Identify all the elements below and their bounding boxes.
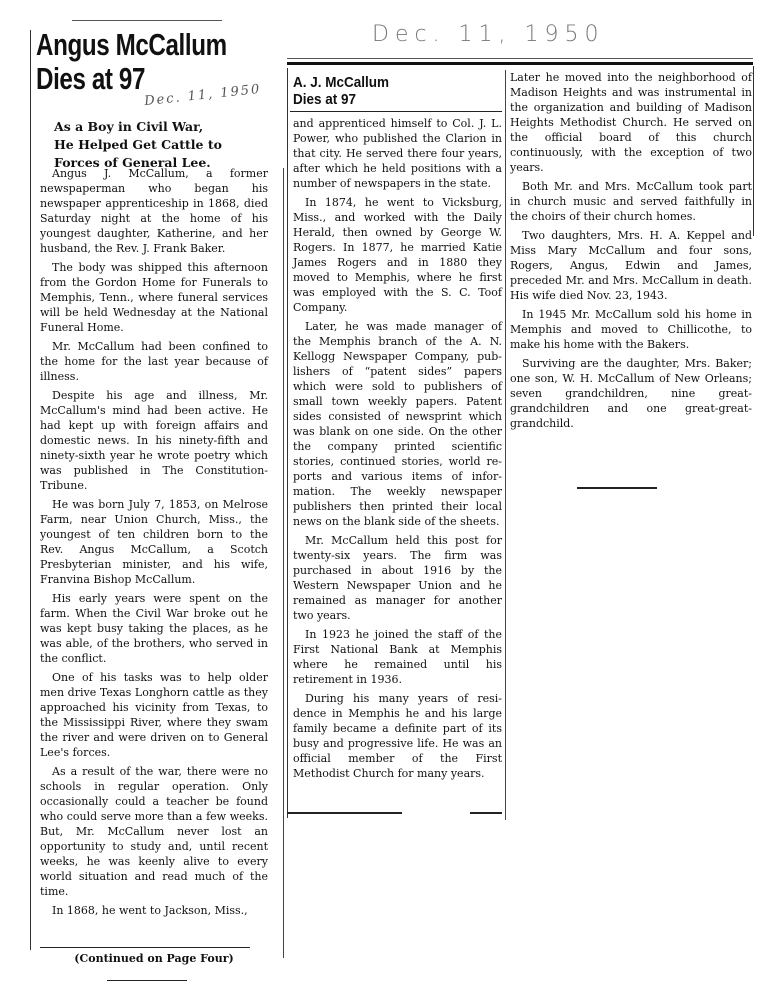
left-border — [30, 30, 31, 950]
top-rule — [72, 20, 222, 21]
paragraph: Despite his age and illness, Mr. McCallu… — [40, 388, 268, 493]
end-rule — [287, 812, 402, 814]
article-body: Angus J. McCallum, a former newspaperman… — [40, 166, 268, 922]
subhead-line: He Helped Get Cattle to — [54, 136, 264, 154]
paragraph: Angus J. McCallum, a former newspaperman… — [40, 166, 268, 256]
paragraph: As a result of the war, there were no sc… — [40, 764, 268, 899]
paragraph: In 1874, he went to Vicksburg, Miss., an… — [293, 195, 502, 315]
column-border-left — [287, 68, 288, 818]
article-column-2: and apprenticed himself to Col. J. L. Po… — [293, 116, 502, 785]
paragraph: Mr. McCallum held this post for twenty-s… — [293, 533, 502, 623]
paragraph: One of his tasks was to help older men d… — [40, 670, 268, 760]
top-rule-thin — [287, 58, 753, 59]
subheadline: As a Boy in Civil War, He Helped Get Cat… — [54, 118, 264, 172]
right-border — [283, 168, 284, 958]
top-rule-thick — [287, 62, 753, 65]
paragraph: In 1923 he joined the staff of the First… — [293, 627, 502, 687]
paragraph: In 1868, he went to Jackson, Miss., — [40, 903, 268, 918]
headline-line-1: A. J. McCallum — [293, 74, 473, 91]
headline-line-1: Angus McCallum — [36, 28, 208, 62]
headline-underline — [290, 111, 502, 112]
newspaper-clippings-page: Angus McCallum Dies at 97 Dec. 11, 1950 … — [0, 0, 760, 1000]
subhead-line: As a Boy in Civil War, — [54, 118, 264, 136]
paragraph: During his many years of resi­dence in M… — [293, 691, 502, 781]
paragraph: He was born July 7, 1853, on Mel­rose Fa… — [40, 497, 268, 587]
paragraph: Mr. McCallum had been confined to the ho… — [40, 339, 268, 384]
divider — [40, 947, 250, 948]
column-border-middle — [505, 70, 506, 820]
column-border-right — [753, 66, 754, 236]
divider — [107, 980, 187, 981]
paragraph: The body was shipped this after­noon fro… — [40, 260, 268, 335]
paragraph: In 1945 Mr. McCallum sold his home in Me… — [510, 307, 752, 352]
headline-right: A. J. McCallum Dies at 97 — [293, 74, 473, 108]
end-rule — [470, 812, 502, 814]
headline-line-2: Dies at 97 — [293, 91, 473, 108]
handwritten-date-right: Dec. 11, 1950 — [372, 22, 605, 47]
paragraph: Both Mr. and Mrs. McCallum took part in … — [510, 179, 752, 224]
end-rule — [577, 487, 657, 489]
paragraph: Surviving are the daughter, Mrs. Baker; … — [510, 356, 752, 431]
paragraph: His early years were spent on the farm. … — [40, 591, 268, 666]
paragraph: and apprenticed himself to Col. J. L. Po… — [293, 116, 502, 191]
continued-note: (Continued on Page Four) — [40, 952, 268, 965]
paragraph: Two daughters, Mrs. H. A. Keppel and Mis… — [510, 228, 752, 303]
paragraph: Later, he was made manager of the Memphi… — [293, 319, 502, 529]
paragraph: Later he moved into the neighbor­hood of… — [510, 70, 752, 175]
headline: Angus McCallum Dies at 97 — [36, 28, 208, 96]
article-column-3: Later he moved into the neighbor­hood of… — [510, 70, 752, 435]
